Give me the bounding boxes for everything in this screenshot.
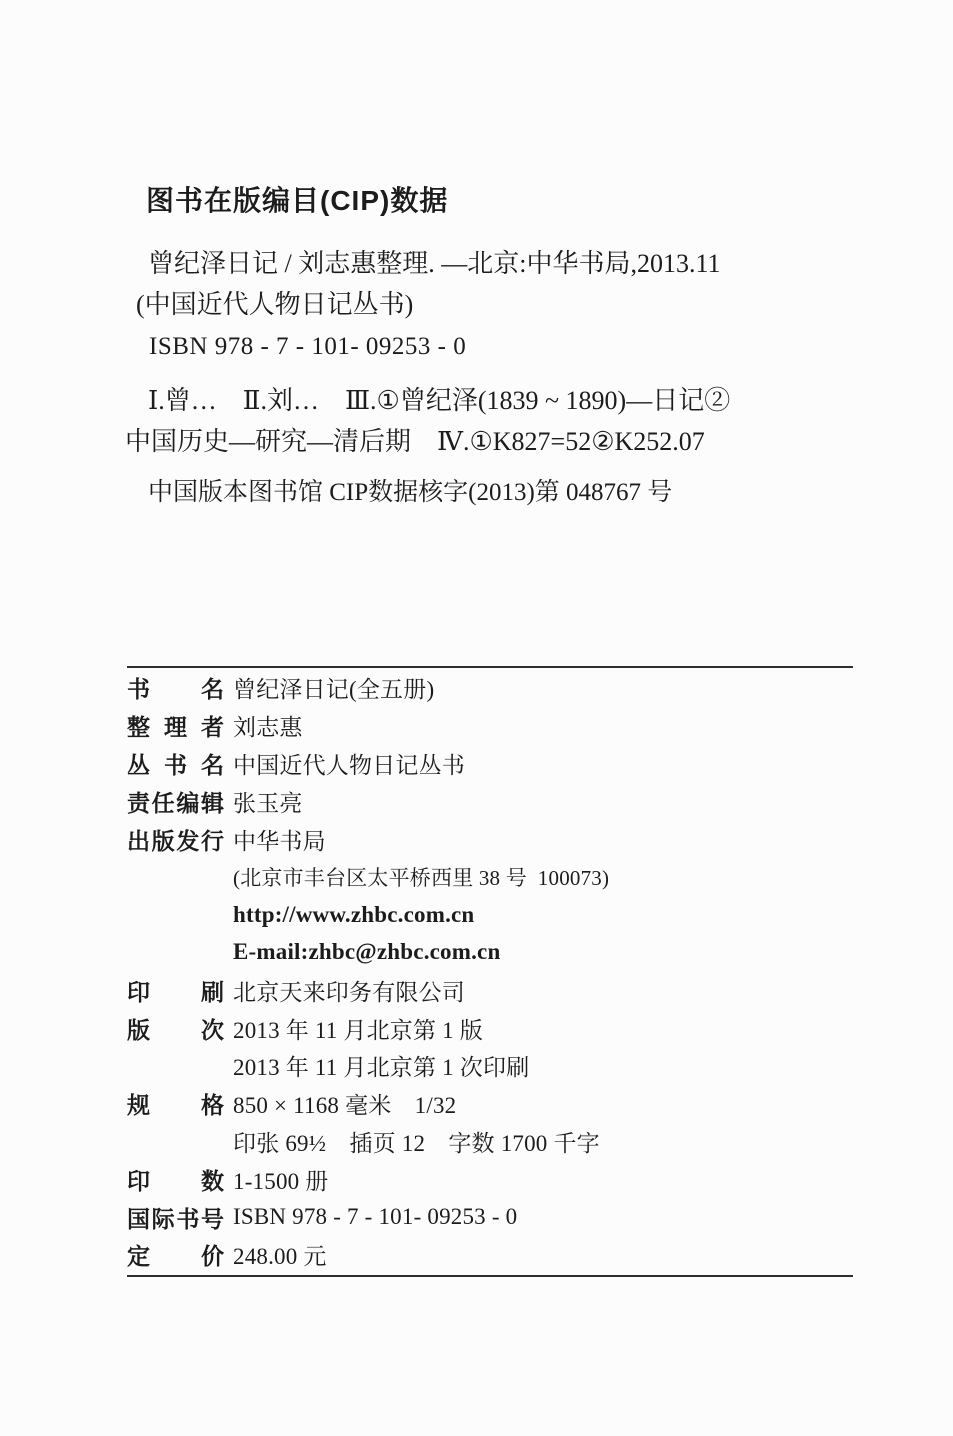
colophon-row-value: 中国近代人物日记丛书 — [233, 747, 465, 780]
colophon-row-value: 850 × 1168 毫米 1/32 — [233, 1087, 456, 1120]
colophon-row-value: 刘志惠 — [233, 709, 303, 742]
colophon-row-value: 248.00 元 — [233, 1238, 327, 1271]
cip-isbn-line: ISBN 978 - 7 - 101- 09253 - 0 — [149, 332, 466, 362]
colophon-row-value: 印张 69½ 插页 12 字数 1700 千字 — [233, 1125, 600, 1158]
colophon-row: http://www.zhbc.com.cn — [127, 896, 853, 934]
cip-classification-line-1: Ⅰ.曾… Ⅱ.刘… Ⅲ.①曾纪泽(1839 ~ 1890)—日记② — [148, 385, 730, 416]
colophon-row: (北京市丰台区太平桥西里 38 号 100073) — [127, 858, 853, 896]
cip-registry-line: 中国版本图书馆 CIP数据核字(2013)第 048767 号 — [148, 478, 672, 508]
colophon-row-value: ISBN 978 - 7 - 101- 09253 - 0 — [233, 1204, 517, 1230]
colophon-row: 规格850 × 1168 毫米 1/32 — [127, 1085, 853, 1123]
colophon-row-value: 中华书局 — [233, 823, 326, 856]
colophon-row-value: 2013 年 11 月北京第 1 版 — [233, 1012, 483, 1045]
colophon-row: 定价248.00 元 — [127, 1236, 853, 1274]
colophon-row: 整理者刘志惠 — [127, 707, 853, 745]
colophon-row-label: 定价 — [127, 1238, 224, 1271]
colophon-row-label: 规格 — [127, 1087, 224, 1120]
bottom-rule-divider — [127, 1275, 853, 1277]
colophon-row-label: 印数 — [127, 1163, 224, 1196]
colophon-row-value: http://www.zhbc.com.cn — [233, 902, 474, 928]
colophon-row: 印数1-1500 册 — [127, 1160, 853, 1198]
colophon-row-value: E-mail:zhbc@zhbc.com.cn — [233, 939, 500, 965]
colophon-row: 印张 69½ 插页 12 字数 1700 千字 — [127, 1123, 853, 1161]
colophon-row: 丛书名中国近代人物日记丛书 — [127, 745, 853, 783]
cip-series-line: (中国近代人物日记丛书) — [136, 289, 413, 320]
colophon-row: 出版发行中华书局 — [127, 820, 853, 858]
cip-title-line: 曾纪泽日记 / 刘志惠整理. —北京:中华书局,2013.11 — [148, 248, 720, 279]
colophon-row-label: 责任编辑 — [127, 785, 224, 818]
colophon-row: 印刷北京天来印务有限公司 — [127, 971, 853, 1009]
colophon-row-label: 丛书名 — [127, 747, 224, 780]
colophon-section: 书名曾纪泽日记(全五册)整理者刘志惠丛书名中国近代人物日记丛书责任编辑张玉亮出版… — [127, 666, 853, 1277]
colophon-row-value: (北京市丰台区太平桥西里 38 号 100073) — [233, 862, 609, 892]
copyright-page: 图书在版编目(CIP)数据 曾纪泽日记 / 刘志惠整理. —北京:中华书局,20… — [0, 0, 953, 1436]
colophon-row: 2013 年 11 月北京第 1 次印刷 — [127, 1047, 853, 1085]
colophon-row: 责任编辑张玉亮 — [127, 782, 853, 820]
colophon-row-value: 张玉亮 — [233, 785, 303, 818]
colophon-row-value: 2013 年 11 月北京第 1 次印刷 — [233, 1049, 529, 1082]
colophon-row: E-mail:zhbc@zhbc.com.cn — [127, 934, 853, 972]
colophon-row: 国际书号ISBN 978 - 7 - 101- 09253 - 0 — [127, 1198, 853, 1236]
colophon-row: 书名曾纪泽日记(全五册) — [127, 669, 853, 707]
colophon-row-label: 整理者 — [127, 709, 224, 742]
colophon-row-value: 1-1500 册 — [233, 1163, 329, 1196]
colophon-row-value: 曾纪泽日记(全五册) — [233, 671, 434, 704]
colophon-row-label: 出版发行 — [127, 823, 224, 856]
colophon-row-label: 书名 — [127, 671, 224, 704]
colophon-row-label: 版次 — [127, 1012, 224, 1045]
colophon-row-label: 国际书号 — [127, 1201, 224, 1234]
colophon-rows: 书名曾纪泽日记(全五册)整理者刘志惠丛书名中国近代人物日记丛书责任编辑张玉亮出版… — [127, 668, 853, 1275]
colophon-row-label: 印刷 — [127, 974, 224, 1007]
cip-heading: 图书在版编目(CIP)数据 — [146, 184, 448, 218]
cip-classification-line-2: 中国历史—研究—清后期 Ⅳ.①K827=52②K252.07 — [125, 426, 705, 457]
colophon-row-value: 北京天来印务有限公司 — [233, 974, 465, 1007]
colophon-row: 版次2013 年 11 月北京第 1 版 — [127, 1009, 853, 1047]
